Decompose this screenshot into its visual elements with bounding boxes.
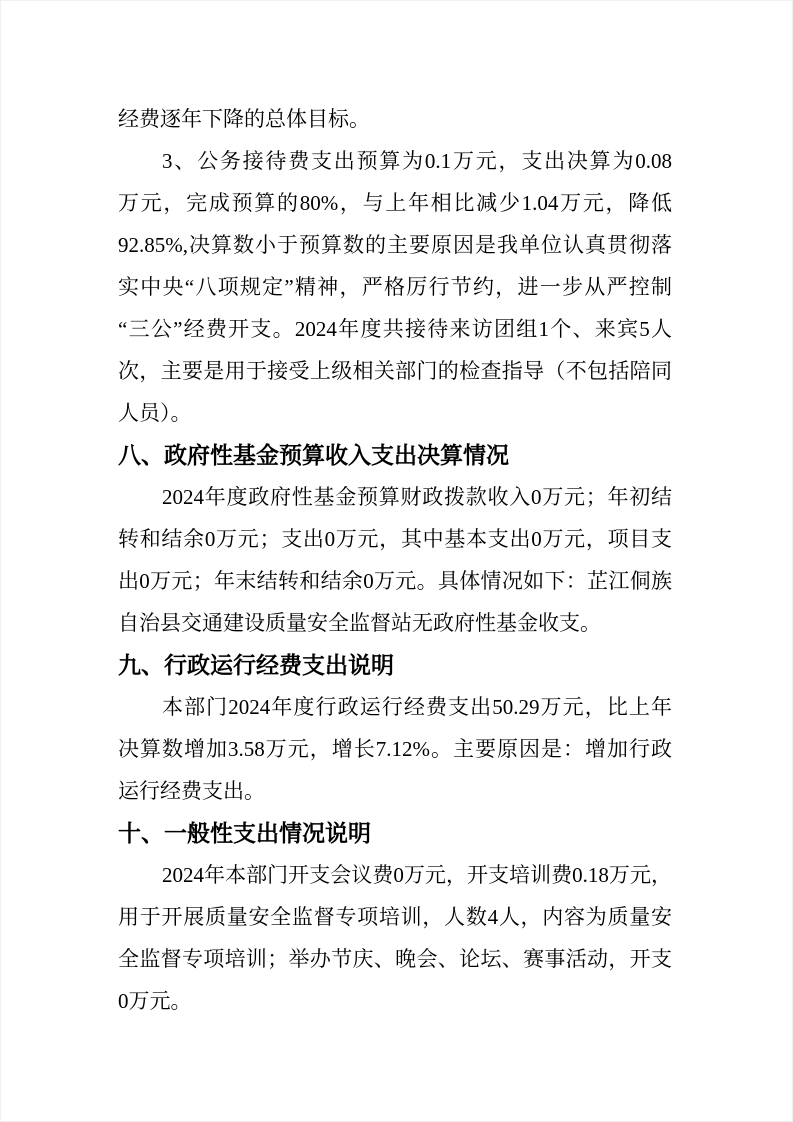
body-line: 2024年度政府性基金预算财政拨款收入0万元；年初结 xyxy=(118,476,672,518)
section-heading-gov-fund: 八、政府性基金预算收入支出决算情况 xyxy=(118,434,672,476)
body-line: 0万元。 xyxy=(118,980,672,1022)
section-heading-admin-operating-expense: 九、行政运行经费支出说明 xyxy=(118,644,672,686)
body-line: “三公”经费开支。2024年度共接待来访团组1个、来宾5人 xyxy=(118,308,672,350)
body-line: 出0万元；年末结转和结余0万元。具体情况如下：芷江侗族 xyxy=(118,560,672,602)
body-line: 万元，完成预算的80%，与上年相比减少1.04万元，降低 xyxy=(118,182,672,224)
body-line: 人员）。 xyxy=(118,392,672,434)
body-line: 2024年本部门开支会议费0万元，开支培训费0.18万元， xyxy=(118,854,672,896)
body-line: 运行经费支出。 xyxy=(118,770,672,812)
body-line: 决算数增加3.58万元，增长7.12%。主要原因是：增加行政 xyxy=(118,728,672,770)
section-heading-general-expense: 十、一般性支出情况说明 xyxy=(118,812,672,854)
body-line: 用于开展质量安全监督专项培训，人数4人，内容为质量安 xyxy=(118,896,672,938)
document-page: 经费逐年下降的总体目标。 3、公务接待费支出预算为0.1万元，支出决算为0.08… xyxy=(0,0,793,1122)
body-line: 自治县交通建设质量安全监督站无政府性基金收支。 xyxy=(118,602,672,644)
body-line: 全监督专项培训；举办节庆、晚会、论坛、赛事活动，开支 xyxy=(118,938,672,980)
body-line: 经费逐年下降的总体目标。 xyxy=(118,98,672,140)
body-line: 本部门2024年度行政运行经费支出50.29万元，比上年 xyxy=(118,686,672,728)
body-line: 次，主要是用于接受上级相关部门的检查指导（不包括陪同 xyxy=(118,350,672,392)
body-line: 92.85%,决算数小于预算数的主要原因是我单位认真贯彻落 xyxy=(118,224,672,266)
body-line: 转和结余0万元；支出0万元，其中基本支出0万元，项目支 xyxy=(118,518,672,560)
text-column: 经费逐年下降的总体目标。 3、公务接待费支出预算为0.1万元，支出决算为0.08… xyxy=(118,98,672,1022)
body-line: 3、公务接待费支出预算为0.1万元，支出决算为0.08 xyxy=(118,140,672,182)
body-line: 实中央“八项规定”精神，严格厉行节约，进一步从严控制 xyxy=(118,266,672,308)
